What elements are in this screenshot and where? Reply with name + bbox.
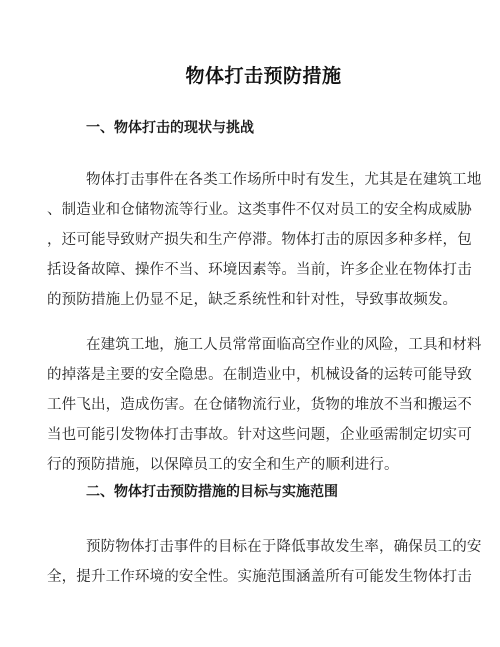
paragraph-line: 当也可能引发物体打击事故。针对这些问题，企业亟需制定切实可 (47, 420, 439, 450)
paragraph-line: 预防物体打击事件的目标在于降低事故发生率，确保员工的安 (47, 532, 439, 562)
section-heading-2: 二、物体打击预防措施的目标与实施范围 (86, 482, 338, 502)
paragraph-2: 在建筑工地，施工人员常常面临高空作业的风险，工具和材料 的掉落是主要的安全隐患。… (47, 330, 439, 480)
paragraph-line: 在建筑工地，施工人员常常面临高空作业的风险，工具和材料 (47, 330, 439, 360)
paragraph-1: 物体打击事件在各类工作场所中时有发生，尤其是在建筑工地 、制造业和仓储物流等行业… (47, 165, 439, 315)
paragraph-line: 的预防措施上仍显不足，缺乏系统性和针对性，导致事故频发。 (47, 285, 439, 315)
paragraph-line: 行的预防措施，以保障员工的安全和生产的顺利进行。 (47, 450, 439, 480)
paragraph-line: 、制造业和仓储物流等行业。这类事件不仅对员工的安全构成威胁 (47, 195, 439, 225)
paragraph-line: 工件飞出，造成伤害。在仓储物流行业，货物的堆放不当和搬运不 (47, 390, 439, 420)
document-page: 物体打击预防措施 一、物体打击的现状与挑战 物体打击事件在各类工作场所中时有发生… (0, 0, 500, 647)
paragraph-line: 括设备故障、操作不当、环境因素等。当前，许多企业在物体打击 (47, 255, 439, 285)
document-title: 物体打击预防措施 (0, 62, 500, 90)
section-heading-1: 一、物体打击的现状与挑战 (86, 118, 254, 138)
paragraph-line: ，还可能导致财产损失和生产停滞。物体打击的原因多种多样，包 (47, 225, 439, 255)
paragraph-line: 的掉落是主要的安全隐患。在制造业中，机械设备的运转可能导致 (47, 360, 439, 390)
paragraph-3: 预防物体打击事件的目标在于降低事故发生率，确保员工的安 全，提升工作环境的安全性… (47, 532, 439, 592)
paragraph-line: 物体打击事件在各类工作场所中时有发生，尤其是在建筑工地 (47, 165, 439, 195)
paragraph-line: 全，提升工作环境的安全性。实施范围涵盖所有可能发生物体打击 (47, 562, 439, 592)
